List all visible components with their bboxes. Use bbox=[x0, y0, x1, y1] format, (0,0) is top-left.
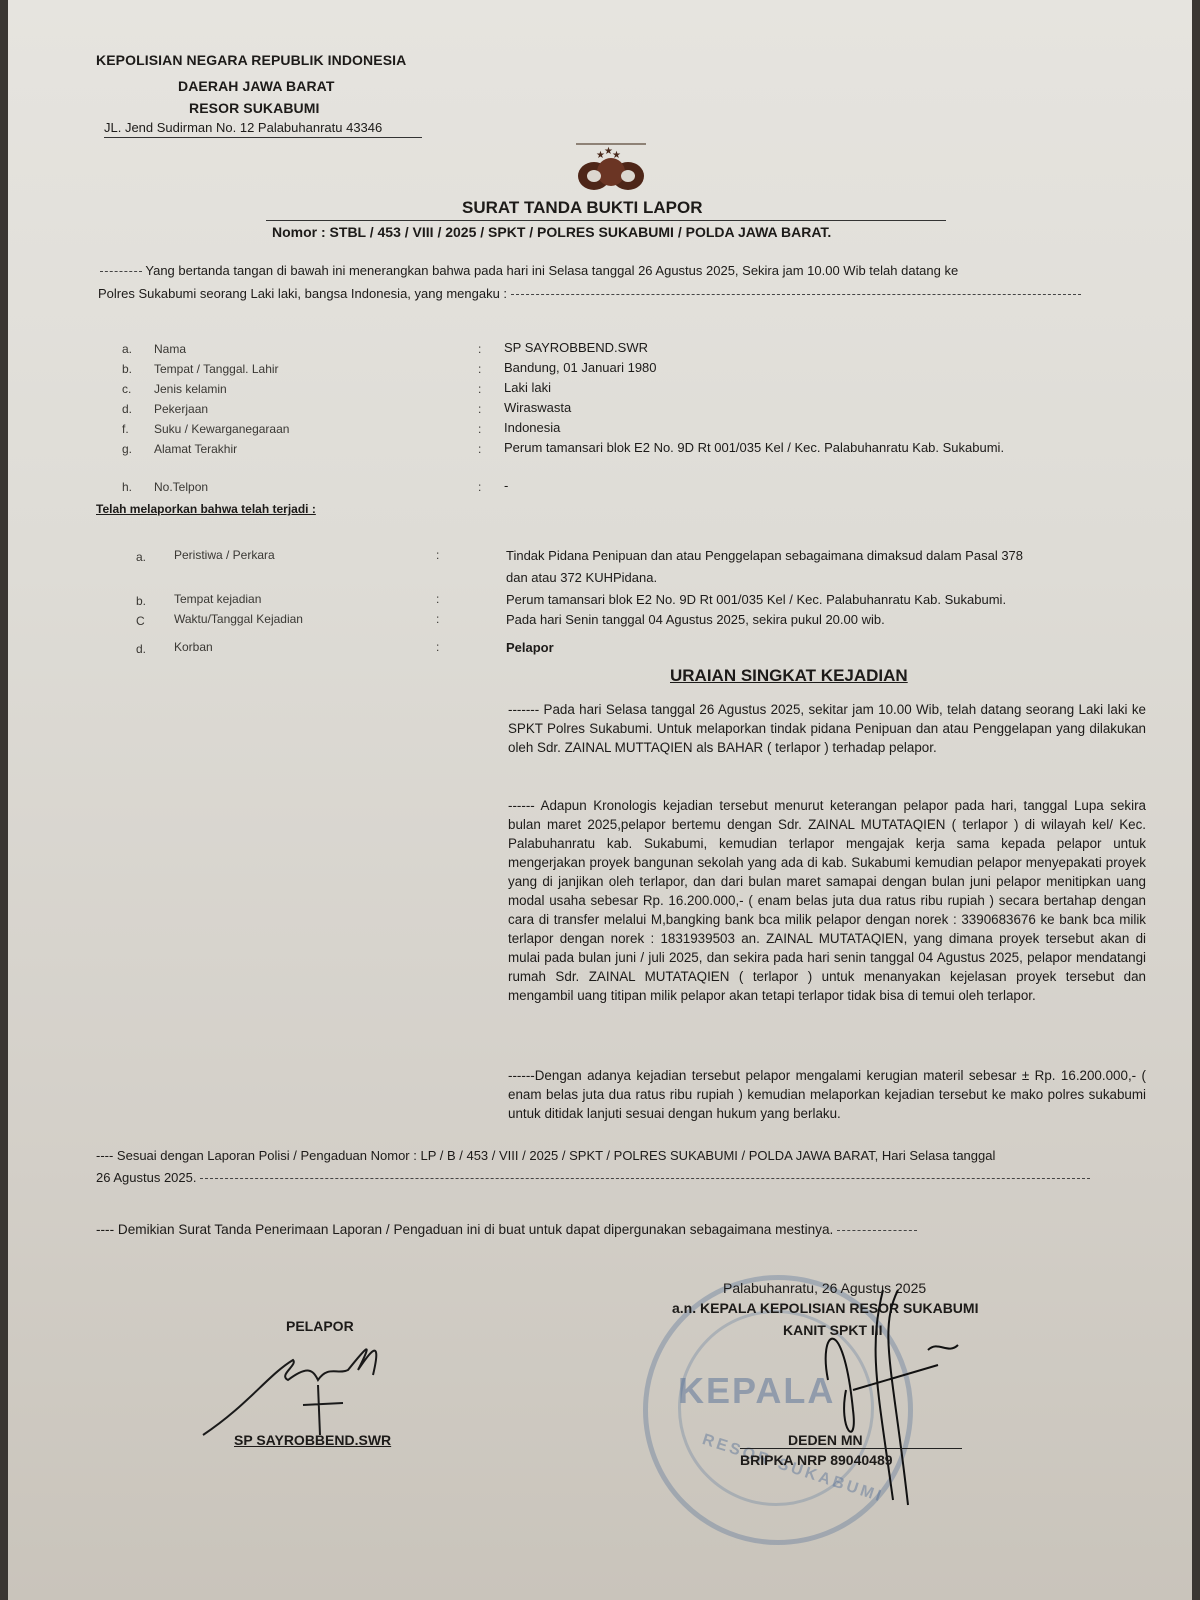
officer-name-underline bbox=[740, 1448, 962, 1449]
report-heading: Telah melaporkan bahwa telah terjadi : bbox=[96, 502, 316, 516]
region-name: DAERAH JAWA BARAT bbox=[178, 78, 334, 94]
identity-value: Perum tamansari blok E2 No. 9D Rt 001/03… bbox=[504, 440, 1004, 455]
identity-colon: : bbox=[478, 442, 481, 456]
report-value: Tindak Pidana Penipuan dan atau Penggela… bbox=[506, 548, 1023, 563]
identity-key: a. bbox=[122, 342, 132, 356]
sesuai-line-2: 26 Agustus 2025. bbox=[96, 1170, 1090, 1185]
closing-statement: ---- Demikian Surat Tanda Penerimaan Lap… bbox=[96, 1222, 917, 1237]
report-colon: : bbox=[436, 592, 439, 606]
report-value: Pada hari Senin tanggal 04 Agustus 2025,… bbox=[506, 612, 885, 627]
identity-colon: : bbox=[478, 402, 481, 416]
identity-key: f. bbox=[122, 422, 129, 436]
identity-value: Laki laki bbox=[504, 380, 551, 395]
identity-label: Alamat Terakhir bbox=[154, 442, 237, 456]
uraian-paragraph-2: ------ Adapun Kronologis kejadian terseb… bbox=[508, 796, 1146, 1005]
identity-value: - bbox=[504, 478, 508, 493]
identity-colon: : bbox=[478, 382, 481, 396]
identity-label: Nama bbox=[154, 342, 186, 356]
identity-key: d. bbox=[122, 402, 132, 416]
report-key: C bbox=[136, 614, 145, 628]
pelapor-signature-icon bbox=[198, 1335, 428, 1445]
pelapor-name: SP SAYROBBEND.SWR bbox=[234, 1432, 391, 1448]
document-page: KEPOLISIAN NEGARA REPUBLIK INDONESIA DAE… bbox=[8, 0, 1192, 1600]
identity-colon: : bbox=[478, 480, 481, 494]
report-value-cont: dan atau 372 KUHPidana. bbox=[506, 570, 657, 585]
agency-name: KEPOLISIAN NEGARA REPUBLIK INDONESIA bbox=[96, 52, 406, 68]
report-key: a. bbox=[136, 550, 146, 564]
identity-value: SP SAYROBBEND.SWR bbox=[504, 340, 648, 355]
title-divider bbox=[266, 220, 946, 221]
identity-key: b. bbox=[122, 362, 132, 376]
identity-value: Wiraswasta bbox=[504, 400, 571, 415]
report-colon: : bbox=[436, 640, 439, 654]
report-label: Waktu/Tanggal Kejadian bbox=[174, 612, 303, 626]
identity-label: No.Telpon bbox=[154, 480, 208, 494]
identity-key: c. bbox=[122, 382, 131, 396]
agency-address: JL. Jend Sudirman No. 12 Palabuhanratu 4… bbox=[104, 120, 422, 138]
uraian-paragraph-3: ------Dengan adanya kejadian tersebut pe… bbox=[508, 1066, 1146, 1123]
document-number: Nomor : STBL / 453 / VIII / 2025 / SPKT … bbox=[272, 224, 831, 240]
pelapor-title: PELAPOR bbox=[286, 1318, 354, 1334]
identity-colon: : bbox=[478, 362, 481, 376]
identity-colon: : bbox=[478, 422, 481, 436]
uraian-heading: URAIAN SINGKAT KEJADIAN bbox=[670, 666, 908, 686]
sesuai-line-1: ---- Sesuai dengan Laporan Polisi / Peng… bbox=[96, 1148, 995, 1163]
police-emblem-icon: ★ ★ ★ bbox=[576, 142, 646, 194]
report-value: Perum tamansari blok E2 No. 9D Rt 001/03… bbox=[506, 592, 1006, 607]
identity-value: Indonesia bbox=[504, 420, 560, 435]
report-value: Pelapor bbox=[506, 640, 554, 655]
uraian-paragraph-1: ------- Pada hari Selasa tanggal 26 Agus… bbox=[508, 700, 1146, 757]
intro-line-2: Polres Sukabumi seorang Laki laki, bangs… bbox=[98, 286, 1081, 301]
officer-rank-nrp: BRIPKA NRP 89040489 bbox=[740, 1452, 893, 1468]
report-colon: : bbox=[436, 612, 439, 626]
officer-signature-icon bbox=[798, 1270, 978, 1510]
identity-value: Bandung, 01 Januari 1980 bbox=[504, 360, 657, 375]
document-title: SURAT TANDA BUKTI LAPOR bbox=[462, 198, 703, 218]
report-label: Korban bbox=[174, 640, 213, 654]
identity-key: g. bbox=[122, 442, 132, 456]
report-key: d. bbox=[136, 642, 146, 656]
identity-label: Tempat / Tanggal. Lahir bbox=[154, 362, 279, 376]
identity-key: h. bbox=[122, 480, 132, 494]
resort-name: RESOR SUKABUMI bbox=[189, 100, 320, 116]
report-key: b. bbox=[136, 594, 146, 608]
identity-label: Jenis kelamin bbox=[154, 382, 227, 396]
intro-line-1: Yang bertanda tangan di bawah ini menera… bbox=[100, 263, 958, 278]
identity-label: Suku / Kewarganegaraan bbox=[154, 422, 289, 436]
identity-colon: : bbox=[478, 342, 481, 356]
report-label: Peristiwa / Perkara bbox=[174, 548, 275, 562]
report-label: Tempat kejadian bbox=[174, 592, 261, 606]
identity-label: Pekerjaan bbox=[154, 402, 208, 416]
officer-name: DEDEN MN bbox=[788, 1432, 863, 1448]
report-colon: : bbox=[436, 548, 439, 562]
